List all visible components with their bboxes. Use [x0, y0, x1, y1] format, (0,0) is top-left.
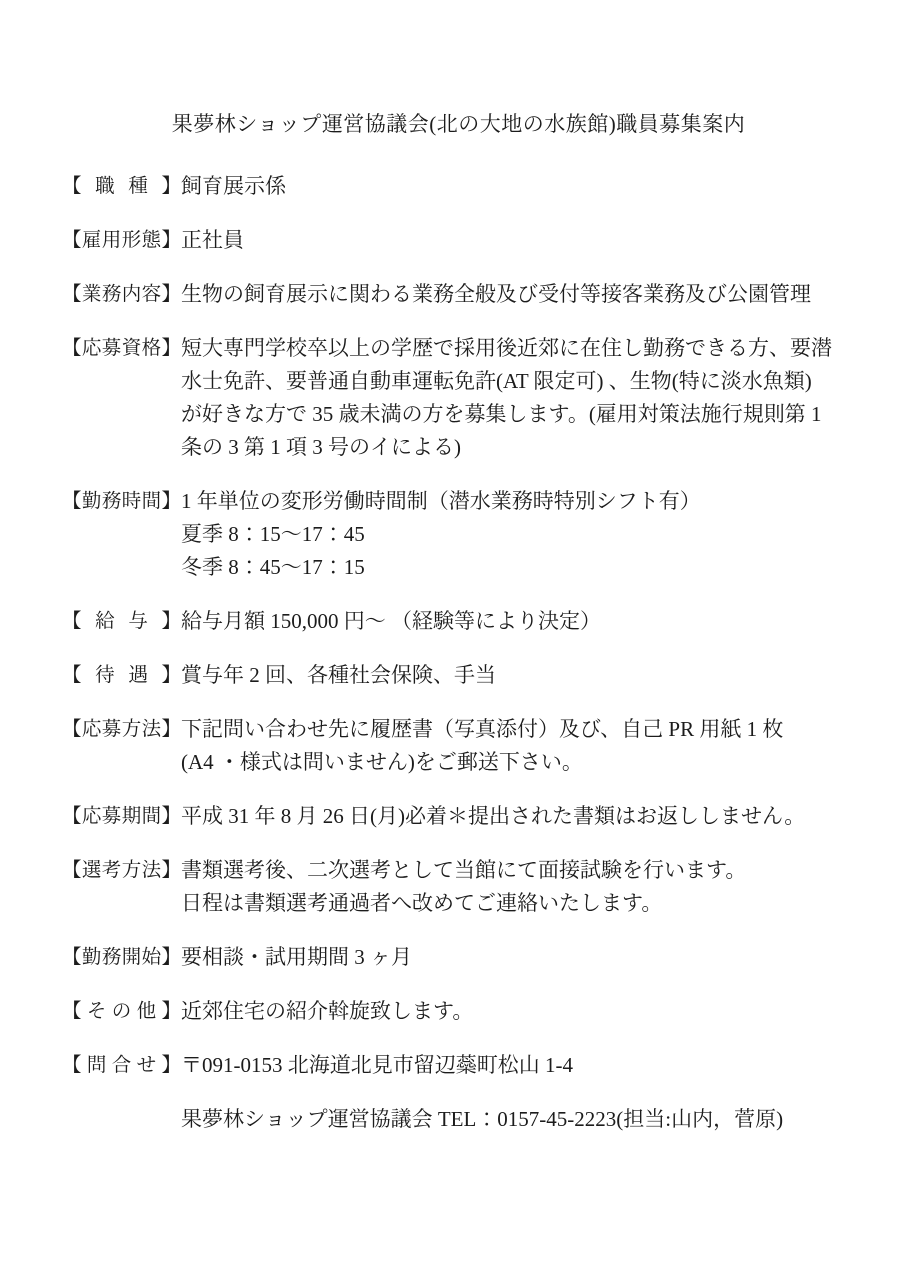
content-line: 日程は書類選考通過者へ改めてご連絡いたします。 — [181, 887, 855, 920]
document-title: 果夢林ショップ運営協議会(北の大地の水族館)職員募集案内 — [62, 108, 855, 141]
content-line: 生物の飼育展示に関わる業務全般及び受付等接客業務及び公園管理 — [181, 278, 855, 311]
section-job-description: 【業務内容】 生物の飼育展示に関わる業務全般及び受付等接客業務及び公園管理 — [62, 278, 855, 311]
section-content: 近郊住宅の紹介斡旋致します。 — [181, 995, 855, 1028]
section-content: 平成 31 年 8 月 26 日(月)必着＊提出された書類はお返ししません。 — [181, 800, 855, 833]
section-benefits: 【 待 遇 】 賞与年 2 回、各種社会保険、手当 — [62, 659, 855, 692]
section-label: 【選考方法】 — [62, 854, 181, 887]
section-label: 【 待 遇 】 — [62, 659, 181, 692]
section-content: 書類選考後、二次選考として当館にて面接試験を行います。 日程は書類選考通過者へ改… — [181, 854, 855, 920]
section-application-method: 【応募方法】 下記問い合わせ先に履歴書（写真添付）及び、自己 PR 用紙 1 枚… — [62, 713, 855, 779]
section-label: 【業務内容】 — [62, 278, 181, 311]
section-qualifications: 【応募資格】 短大専門学校卒以上の学歴で採用後近郊に在住し勤務できる方、要潜 水… — [62, 332, 855, 464]
section-label: 【 給 与 】 — [62, 605, 181, 638]
section-label: 【応募方法】 — [62, 713, 181, 746]
section-salary: 【 給 与 】 給与月額 150,000 円～ （経験等により決定） — [62, 605, 855, 638]
section-label: 【 職 種 】 — [62, 170, 181, 203]
content-line: 冬季 8：45～17：15 — [181, 551, 855, 584]
section-label: 【勤務時間】 — [62, 485, 181, 518]
section-start-date: 【勤務開始】 要相談・試用期間 3 ヶ月 — [62, 941, 855, 974]
content-line: 要相談・試用期間 3 ヶ月 — [181, 941, 855, 974]
section-label: 【 問 合 せ 】 — [62, 1049, 181, 1082]
contact-footer: 果夢林ショップ運営協議会 TEL：0157-45-2223(担当:山内，菅原) — [181, 1103, 855, 1136]
section-employment-type: 【雇用形態】 正社員 — [62, 224, 855, 257]
content-line: 正社員 — [181, 224, 855, 257]
section-content: 飼育展示係 — [181, 170, 855, 203]
content-line: 賞与年 2 回、各種社会保険、手当 — [181, 659, 855, 692]
section-content: 正社員 — [181, 224, 855, 257]
content-line: 〒091-0153 北海道北見市留辺蘂町松山 1-4 — [181, 1049, 855, 1082]
section-contact: 【 問 合 せ 】 〒091-0153 北海道北見市留辺蘂町松山 1-4 — [62, 1049, 855, 1082]
document-page: 果夢林ショップ運営協議会(北の大地の水族館)職員募集案内 【 職 種 】 飼育展… — [0, 0, 905, 1280]
content-line: 書類選考後、二次選考として当館にて面接試験を行います。 — [181, 854, 855, 887]
section-content: 生物の飼育展示に関わる業務全般及び受付等接客業務及び公園管理 — [181, 278, 855, 311]
content-line: 短大専門学校卒以上の学歴で採用後近郊に在住し勤務できる方、要潜 — [181, 332, 855, 365]
content-line: 近郊住宅の紹介斡旋致します。 — [181, 995, 855, 1028]
content-line: 1 年単位の変形労働時間制（潜水業務時特別シフト有） — [181, 485, 855, 518]
section-content: 下記問い合わせ先に履歴書（写真添付）及び、自己 PR 用紙 1 枚 (A4 ・様… — [181, 713, 855, 779]
section-content: 給与月額 150,000 円～ （経験等により決定） — [181, 605, 855, 638]
section-content: 賞与年 2 回、各種社会保険、手当 — [181, 659, 855, 692]
section-selection-method: 【選考方法】 書類選考後、二次選考として当館にて面接試験を行います。 日程は書類… — [62, 854, 855, 920]
content-line: 下記問い合わせ先に履歴書（写真添付）及び、自己 PR 用紙 1 枚 — [181, 713, 855, 746]
section-content: 1 年単位の変形労働時間制（潜水業務時特別シフト有） 夏季 8：15～17：45… — [181, 485, 855, 584]
content-line: 条の 3 第 1 項 3 号のイによる) — [181, 431, 855, 464]
section-label: 【応募資格】 — [62, 332, 181, 365]
content-line: 平成 31 年 8 月 26 日(月)必着＊提出された書類はお返ししません。 — [181, 800, 855, 833]
section-label: 【勤務開始】 — [62, 941, 181, 974]
section-other: 【 そ の 他 】 近郊住宅の紹介斡旋致します。 — [62, 995, 855, 1028]
section-label: 【応募期間】 — [62, 800, 181, 833]
section-label: 【 そ の 他 】 — [62, 995, 181, 1028]
content-line: 夏季 8：15～17：45 — [181, 518, 855, 551]
section-content: 要相談・試用期間 3 ヶ月 — [181, 941, 855, 974]
content-line: (A4 ・様式は問いません)をご郵送下さい。 — [181, 746, 855, 779]
content-line: 給与月額 150,000 円～ （経験等により決定） — [181, 605, 855, 638]
section-application-period: 【応募期間】 平成 31 年 8 月 26 日(月)必着＊提出された書類はお返し… — [62, 800, 855, 833]
content-line: 水士免許、要普通自動車運転免許(AT 限定可) 、生物(特に淡水魚類) — [181, 365, 855, 398]
section-content: 短大専門学校卒以上の学歴で採用後近郊に在住し勤務できる方、要潜 水士免許、要普通… — [181, 332, 855, 464]
content-line: が好きな方で 35 歳未満の方を募集します。(雇用対策法施行規則第 1 — [181, 398, 855, 431]
section-working-hours: 【勤務時間】 1 年単位の変形労働時間制（潜水業務時特別シフト有） 夏季 8：1… — [62, 485, 855, 584]
content-line: 飼育展示係 — [181, 170, 855, 203]
section-job-type: 【 職 種 】 飼育展示係 — [62, 170, 855, 203]
section-label: 【雇用形態】 — [62, 224, 181, 257]
section-content: 〒091-0153 北海道北見市留辺蘂町松山 1-4 — [181, 1049, 855, 1082]
